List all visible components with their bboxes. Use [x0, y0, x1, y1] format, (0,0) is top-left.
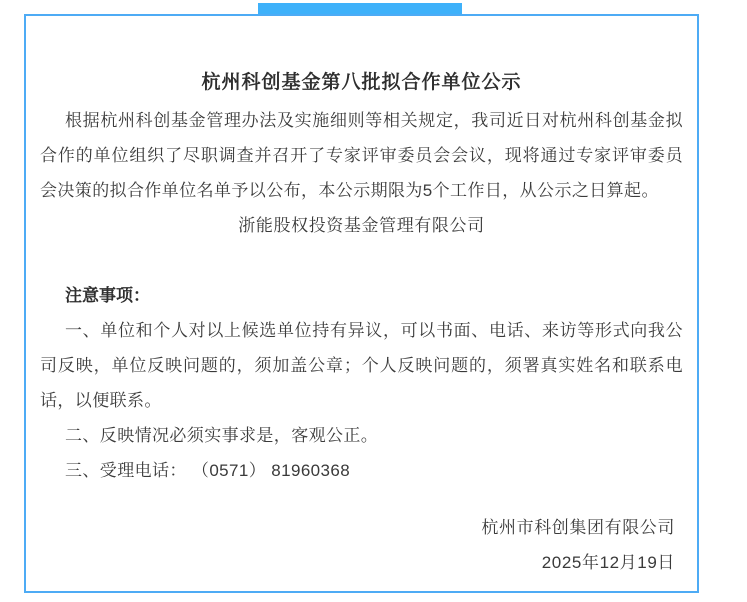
note-item-2: 二、反映情况必须实事求是，客观公正。 [40, 418, 683, 453]
signature-date: 2025年12月19日 [40, 545, 675, 580]
intro-paragraph: 根据杭州科创基金管理办法及实施细则等相关规定，我司近日对杭州科创基金拟合作的单位… [40, 103, 683, 208]
announcement-card: 杭州科创基金第八批拟合作单位公示 根据杭州科创基金管理办法及实施细则等相关规定，… [24, 14, 699, 593]
page-background: 杭州科创基金第八批拟合作单位公示 根据杭州科创基金管理办法及实施细则等相关规定，… [0, 0, 747, 602]
signature-block: 杭州市科创集团有限公司 2025年12月19日 [40, 510, 683, 580]
signature-company: 杭州市科创集团有限公司 [40, 510, 675, 545]
blank-line [40, 243, 683, 278]
note-item-3: 三、受理电话： （0571） 81960368 [40, 453, 683, 488]
candidate-company-name: 浙能股权投资基金管理有限公司 [40, 208, 683, 243]
page-title: 杭州科创基金第八批拟合作单位公示 [40, 68, 683, 97]
note-item-1: 一、单位和个人对以上候选单位持有异议，可以书面、电话、来访等形式向我公司反映，单… [40, 313, 683, 418]
notes-heading: 注意事项： [40, 278, 683, 313]
